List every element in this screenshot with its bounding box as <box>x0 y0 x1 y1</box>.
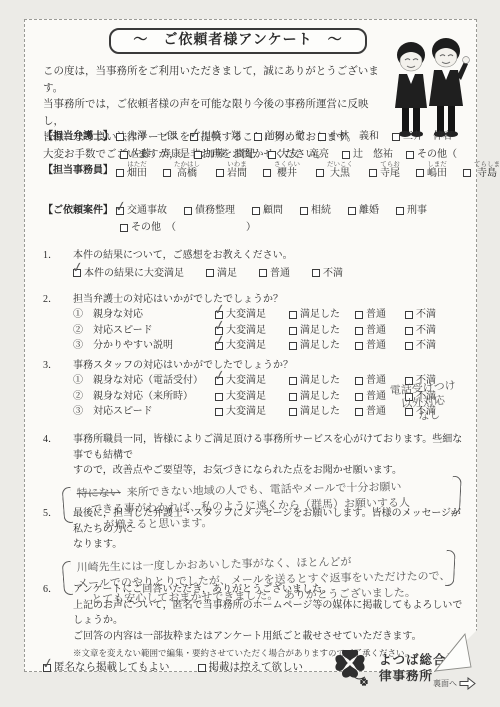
checkbox <box>184 207 192 215</box>
rating-item: ③ 分かりやすい説明 <box>73 338 215 354</box>
lawyer-section-label: 【担当弁護士】 <box>43 128 113 146</box>
checkbox <box>43 664 51 672</box>
question-1: 1． 本件の結果について，ご感想をお教えください。 本件の結果に大変満足 満足 … <box>43 248 466 281</box>
staff-option: てらしま寺島 <box>463 161 500 179</box>
checkbox <box>405 311 413 319</box>
checkbox <box>190 133 198 141</box>
option-label: 不満 <box>416 338 436 354</box>
answer-option: 満足 <box>206 266 237 282</box>
furigana: だいこく <box>327 161 353 168</box>
lawyer-name: 三井 伸容 <box>403 128 453 146</box>
intro-line: 当事務所では，ご依頼者様の声を可能な限り今後の事務所運営に反映し， <box>43 97 388 130</box>
option-label: 普通 <box>366 389 386 405</box>
case-name: 交通事故 <box>127 202 167 219</box>
checkbox <box>406 151 414 159</box>
option-label: 普通 <box>366 373 386 389</box>
option-label: 普通 <box>270 266 290 282</box>
option-label: 掲載は控えて欲しい <box>209 660 304 676</box>
furigana: いわま <box>227 161 247 168</box>
checkbox <box>289 393 297 401</box>
answer-option: 満足した <box>289 323 355 339</box>
page-curl <box>421 630 477 672</box>
checkbox <box>215 408 223 416</box>
answer-option: 大変満足 <box>215 404 289 420</box>
staff-name: 寺尾 <box>380 168 400 179</box>
checkbox <box>355 408 363 416</box>
consent-option: 匿名なら掲載してもよい <box>43 660 170 676</box>
rating-item: ② 対応スピード <box>73 323 215 339</box>
rating-item: ① 親身な対応 <box>73 307 215 323</box>
rightwards-arrow-icon <box>459 677 476 690</box>
checkbox <box>416 169 424 177</box>
staff-option: てらお寺尾 <box>369 161 400 179</box>
checkbox <box>120 224 128 232</box>
lawyer-option: 小林 義和 <box>318 128 379 146</box>
struck-text: 特にない <box>77 487 121 500</box>
staff-option: たかはし高橋 <box>163 161 200 179</box>
answer-option: 不満 <box>405 307 449 323</box>
furigana: たかはし <box>174 161 200 168</box>
checkbox <box>355 342 363 350</box>
question-number: 2． <box>43 292 73 308</box>
question-text: 本件の結果について，ご感想をお教えください。 <box>73 248 466 264</box>
four-leaf-clover-icon <box>335 650 371 686</box>
staff-section: 【担当事務員】 はただ畑田 たかはし高橋 いわま岩間 さくらい櫻井 だいこく大黒… <box>43 161 466 179</box>
staff-option: いわま岩間 <box>216 161 247 179</box>
option-label: 満足した <box>300 404 340 420</box>
checkbox <box>312 269 320 277</box>
question-number: 1． <box>43 248 73 264</box>
checkbox <box>289 311 297 319</box>
checkbox <box>116 207 124 215</box>
checkbox <box>252 207 260 215</box>
case-section: 【ご依頼案件】 交通事故 債務整理 顧問 相続 離婚 刑事 その他 （ ） <box>43 202 466 236</box>
staff-name: 高橋 <box>177 168 197 179</box>
checkbox <box>342 151 350 159</box>
case-name: その他 （ ） <box>131 219 256 236</box>
checkbox <box>116 133 124 141</box>
question-text-line: 最後に，担当した弁護士・スタッフにメッセージをお願いします。皆様のメッセージが私… <box>73 506 466 537</box>
case-option: 債務整理 <box>184 202 235 219</box>
answer-option: 不満 <box>405 338 449 354</box>
rating-item: ③ 対応スピード <box>73 404 215 420</box>
checkbox <box>73 269 81 277</box>
checkbox <box>215 377 223 385</box>
answer-option: 大変満足 <box>215 307 289 323</box>
answer-option: 満足した <box>289 389 355 405</box>
question-number: 5． <box>43 506 73 553</box>
answer-option: 不満 <box>405 323 449 339</box>
option-label: 不満 <box>416 307 436 323</box>
question-text-line: 上記のお声について，匿名で当事務所のホームページ等の媒体に掲載してもよろしいでし… <box>73 598 466 629</box>
checkbox <box>369 169 377 177</box>
option-label: 大変満足 <box>226 323 266 339</box>
answer-option: 不満 <box>312 266 343 282</box>
lawyer-option: 大澤 一郎 <box>116 128 177 146</box>
handwritten-bracket <box>445 549 456 585</box>
rating-item: ① 親身な対応（電話受付） <box>73 373 215 389</box>
checkbox <box>198 664 206 672</box>
option-label: 普通 <box>366 307 386 323</box>
answer-option: 大変満足 <box>215 389 289 405</box>
option-label: 普通 <box>366 404 386 420</box>
case-option: 離婚 <box>348 202 379 219</box>
lawyer-section: 【担当弁護士】 大澤 一郎 川崎 翔 前田 徹 小林 義和 三井 伸容 佐藤 寿… <box>43 128 466 164</box>
checkbox <box>289 342 297 350</box>
answer-option: 満足した <box>289 404 355 420</box>
staff-section-label: 【担当事務員】 <box>43 163 113 179</box>
option-label: 不満 <box>416 323 436 339</box>
staff-name: 岩間 <box>227 168 247 179</box>
staff-name: 畑田 <box>127 168 147 179</box>
checkbox <box>215 342 223 350</box>
case-name: 相続 <box>311 202 331 219</box>
option-label: 匿名なら掲載してもよい <box>54 660 170 676</box>
staff-option: だいこく大黒 <box>316 161 353 179</box>
option-label: 満足した <box>300 373 340 389</box>
checkbox <box>120 151 128 159</box>
lawyer-option: 前田 徹 <box>254 128 305 146</box>
checkbox <box>289 408 297 416</box>
option-label: 不満 <box>323 266 343 282</box>
checkbox <box>215 393 223 401</box>
staff-name: 大黒 <box>330 168 350 179</box>
case-option: 顧問 <box>252 202 283 219</box>
survey-paper: ～ ご依頼者様アンケート ～ この度は，当事務所をご利用いただきまして，誠にあり… <box>24 19 477 672</box>
checkbox <box>316 169 324 177</box>
answer-option: 本件の結果に大変満足 <box>73 266 184 282</box>
checkbox <box>355 311 363 319</box>
lawyer-name: 川崎 翔 <box>201 128 241 146</box>
option-label: 本件の結果に大変満足 <box>84 266 184 282</box>
checkbox <box>163 169 171 177</box>
answer-option: 大変満足 <box>215 373 289 389</box>
staff-option: さくらい櫻井 <box>263 161 300 179</box>
checkbox <box>263 169 271 177</box>
furigana: てらしま <box>474 161 500 168</box>
checkbox <box>396 207 404 215</box>
furigana: てらお <box>380 161 400 168</box>
answer-option: 大変満足 <box>215 323 289 339</box>
case-name: 刑事 <box>407 202 427 219</box>
lawyer-name: 小林 義和 <box>329 128 379 146</box>
answer-option: 満足した <box>289 373 355 389</box>
case-option: 相続 <box>300 202 331 219</box>
checkbox <box>116 169 124 177</box>
option-label: 普通 <box>366 338 386 354</box>
option-label: 大変満足 <box>226 373 266 389</box>
rating-row: ② 対応スピード 大変満足 満足した 普通 不満 <box>73 323 466 338</box>
staff-name: 寺島 <box>477 168 497 179</box>
rating-row: ③ 分かりやすい説明 大変満足 満足した 普通 不満 <box>73 338 466 353</box>
consent-row: 匿名なら掲載してもよい 掲載は控えて欲しい よつば総合法律事務所 <box>43 650 466 686</box>
option-label: 満足した <box>300 389 340 405</box>
lawyer-name: 大澤 一郎 <box>127 128 177 146</box>
question-text: 事務スタッフの対応はいかがでしたでしょうか？ <box>73 358 466 374</box>
option-label: 大変満足 <box>226 307 266 323</box>
option-label: 満足した <box>300 323 340 339</box>
question-2: 2． 担当弁護士の対応はいかがでしたでしょうか？ ① 親身な対応 大変満足 満足… <box>43 292 466 354</box>
option-label: 満足した <box>300 307 340 323</box>
option-label: 満足した <box>300 338 340 354</box>
answer-option: 普通 <box>355 307 405 323</box>
intro-line: この度は，当事務所をご利用いただきまして，誠にありがとうございます。 <box>43 64 388 97</box>
question-text-line: アンケートにご回答いただき，ありがとうございました。 <box>73 582 466 598</box>
question-text-line: なります。 <box>73 537 466 553</box>
lawyer-option: 三井 伸容 <box>392 128 453 146</box>
furigana: はただ <box>127 161 147 168</box>
answer-option: 普通 <box>355 323 405 339</box>
checkbox <box>355 377 363 385</box>
checkbox <box>289 377 297 385</box>
furigana: さくらい <box>274 161 300 168</box>
rating-row: ① 親身な対応 大変満足 満足した 普通 不満 <box>73 308 466 323</box>
answer-option: 普通 <box>259 266 290 282</box>
checkbox <box>194 151 202 159</box>
case-option: 交通事故 <box>116 202 167 219</box>
checkbox <box>348 207 356 215</box>
option-label: 大変満足 <box>226 389 266 405</box>
answer-option: 満足した <box>289 338 355 354</box>
case-name: 債務整理 <box>195 202 235 219</box>
checkbox <box>463 169 471 177</box>
lawyer-option: 川崎 翔 <box>190 128 241 146</box>
furigana: しまだ <box>427 161 447 168</box>
question-text: 担当弁護士の対応はいかがでしたでしょうか？ <box>73 292 466 308</box>
checkbox <box>392 133 400 141</box>
staff-option: しまだ嶋田 <box>416 161 447 179</box>
question-text-line: 事務所職員一同，皆様によりご満足頂ける事務所サービスを心がけております。些細な事… <box>73 432 466 463</box>
rating-item: ② 親身な対応（来所時） <box>73 389 215 405</box>
checkbox <box>216 169 224 177</box>
question-text-line: ご回答の内容は一部抜粋またはアンケート用紙ごと載せさせていただきます。 <box>73 629 466 645</box>
handwritten-note-phone-only: 電話受けつけ 以外対応 なし <box>389 376 492 427</box>
answer-option: 大変満足 <box>215 338 289 354</box>
answer-option: 満足した <box>289 307 355 323</box>
page-title: ～ ご依頼者様アンケート ～ <box>109 28 367 54</box>
checkbox <box>206 269 214 277</box>
back-side-hint: 裏面へ <box>433 677 476 690</box>
staff-name: 嶋田 <box>427 168 447 179</box>
question-number: 4． <box>43 432 73 479</box>
checkbox <box>405 342 413 350</box>
option-label: 普通 <box>366 323 386 339</box>
checkbox <box>289 327 297 335</box>
case-option: 刑事 <box>396 202 427 219</box>
staff-name: 櫻井 <box>277 168 297 179</box>
option-label: 大変満足 <box>226 404 266 420</box>
checkbox <box>405 327 413 335</box>
back-side-label: 裏面へ <box>433 678 457 689</box>
lawyer-name: 前田 徹 <box>265 128 305 146</box>
checkbox <box>355 393 363 401</box>
case-section-label: 【ご依頼案件】 <box>43 202 113 219</box>
checkbox <box>300 207 308 215</box>
checkbox <box>318 133 326 141</box>
option-label: 大変満足 <box>226 338 266 354</box>
checkbox <box>259 269 267 277</box>
case-option-other: その他 （ ） <box>120 219 256 236</box>
checkbox <box>355 327 363 335</box>
question-text-line: すので，改善点やご要望等，お気づきになられた点をお聞かせ願います。 <box>73 463 466 479</box>
case-name: 離婚 <box>359 202 379 219</box>
checkbox <box>254 133 262 141</box>
consent-option: 掲載は控えて欲しい <box>198 660 304 676</box>
staff-option: はただ畑田 <box>116 161 147 179</box>
answer-option: 普通 <box>355 338 405 354</box>
question-number: 3． <box>43 358 73 374</box>
option-label: 満足 <box>217 266 237 282</box>
case-name: 顧問 <box>263 202 283 219</box>
checkbox <box>268 151 276 159</box>
